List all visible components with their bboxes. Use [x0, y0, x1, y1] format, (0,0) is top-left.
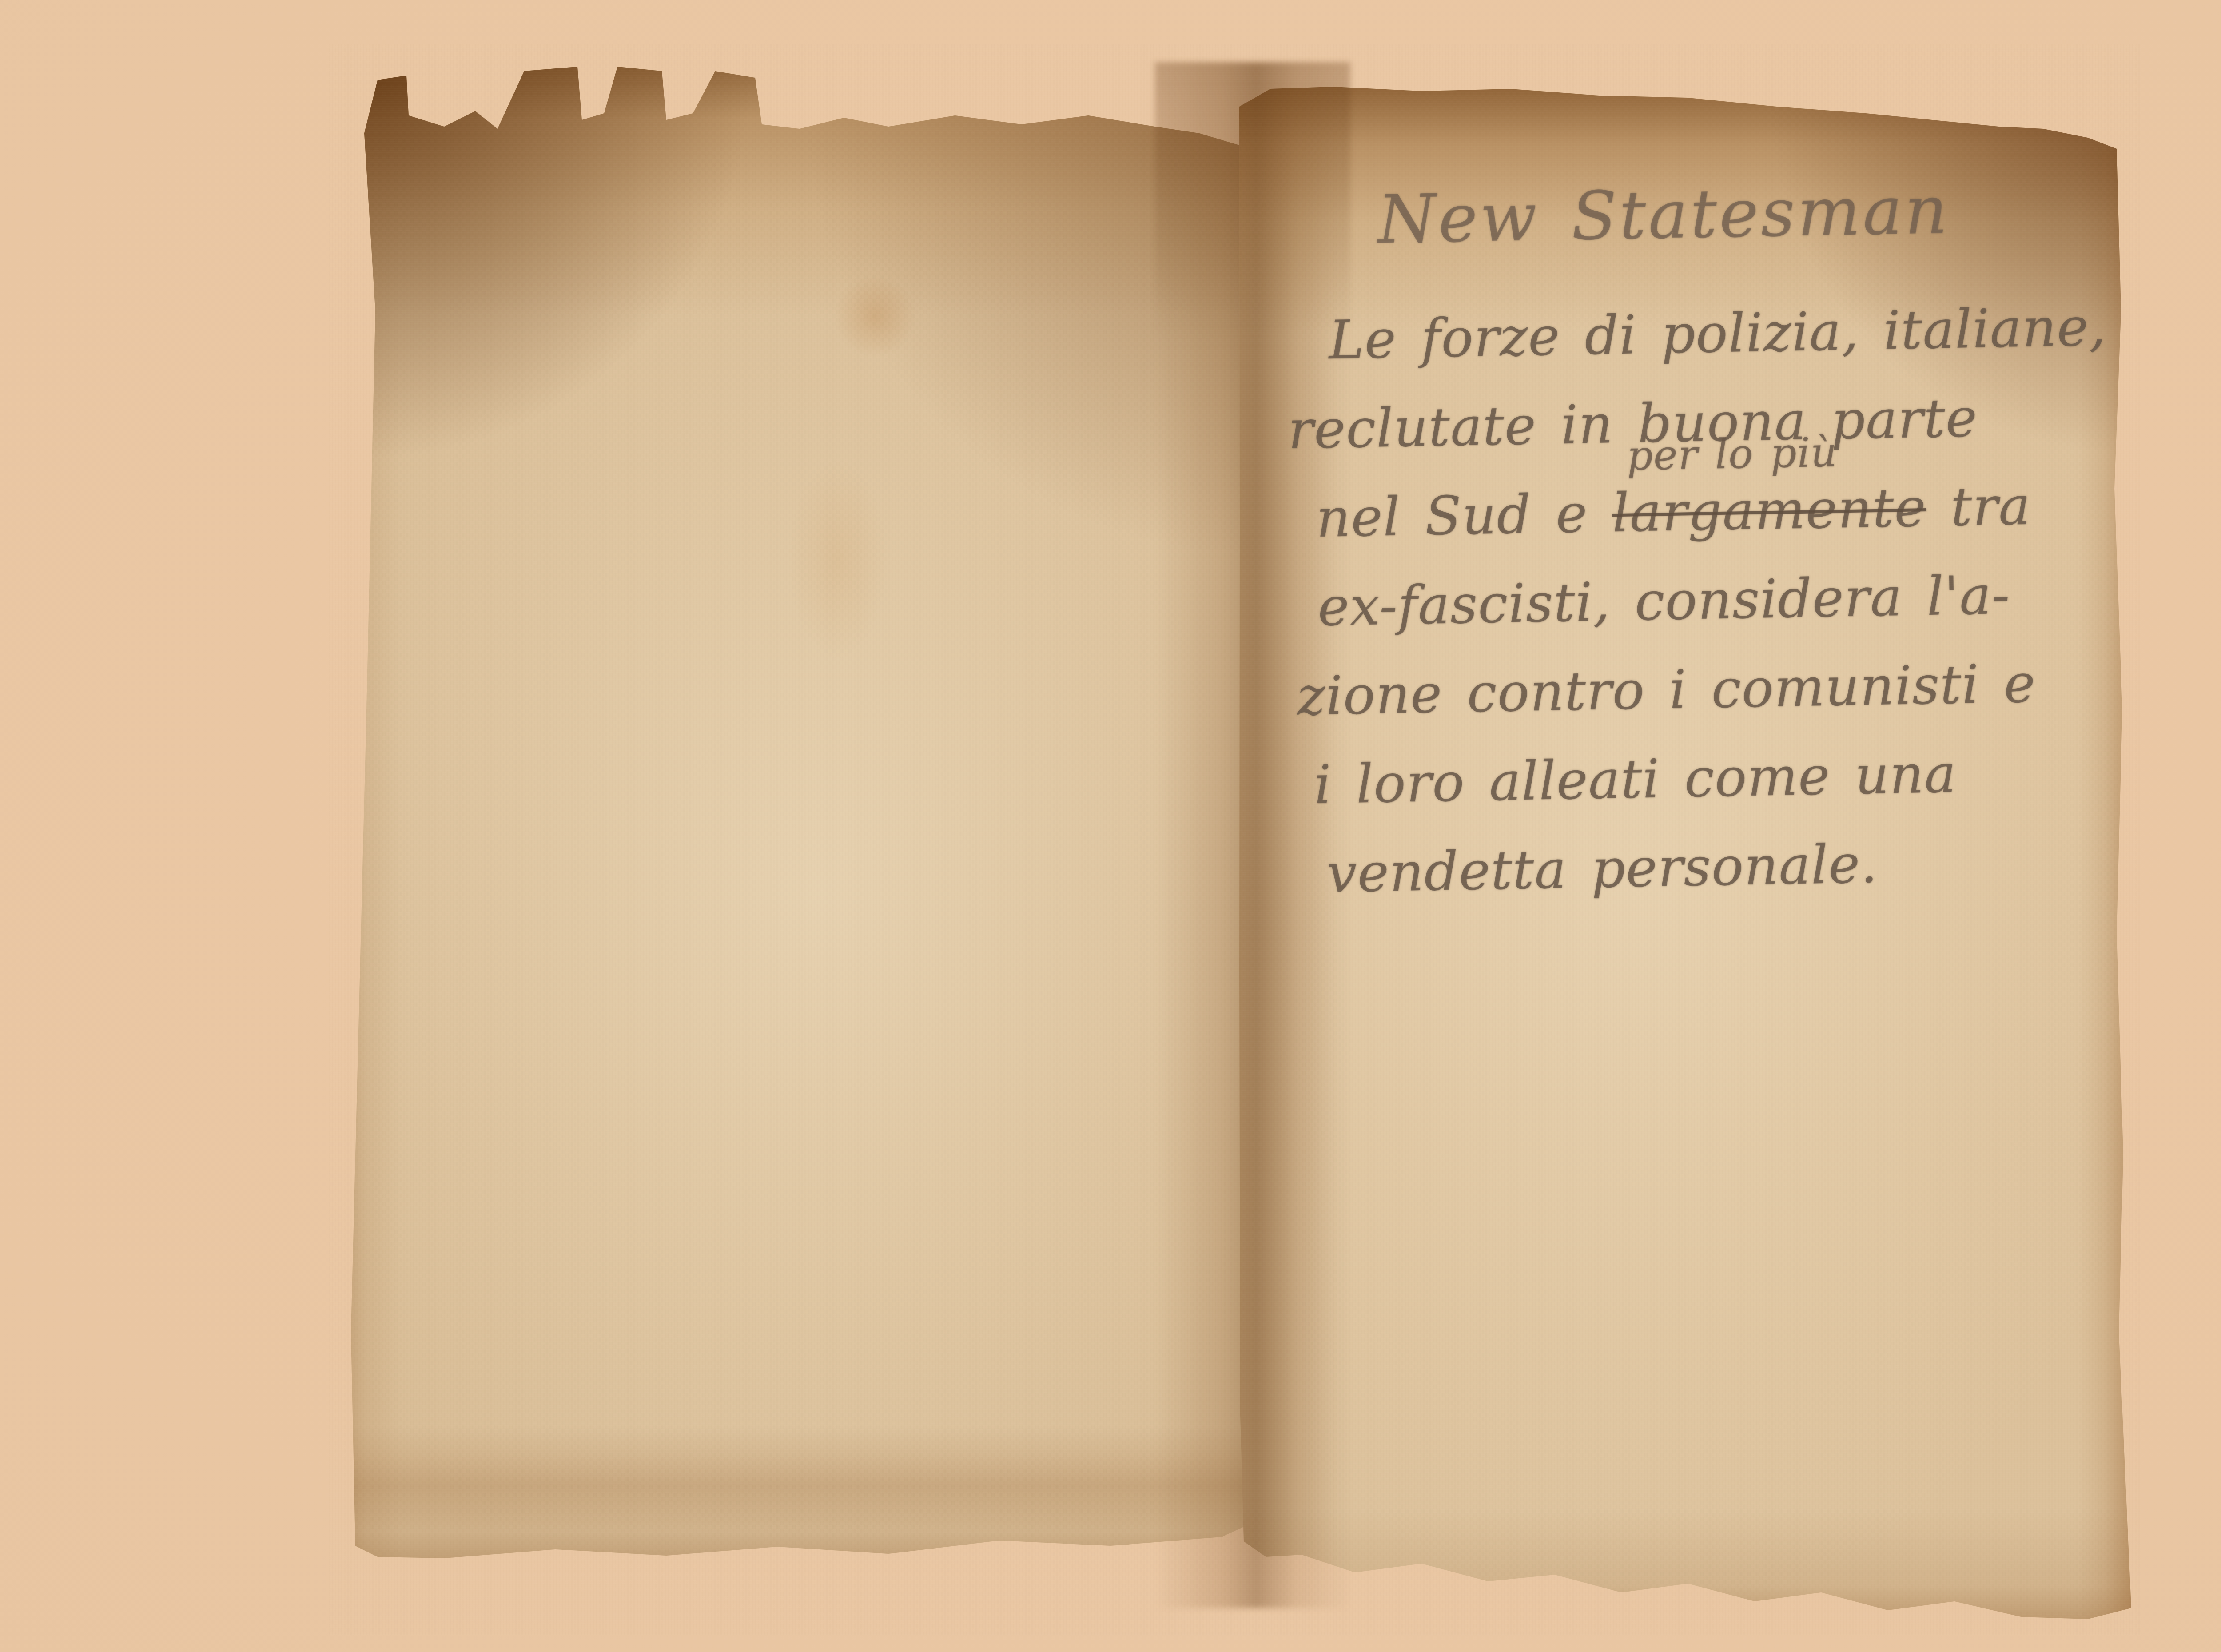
- note-title: New Statesman: [1377, 172, 2155, 255]
- note-line-6: i loro alleati come una: [1313, 726, 2165, 829]
- note-line-7: vendetta personale.: [1326, 815, 2167, 918]
- note-line-3-suffix: tra: [1926, 475, 2031, 538]
- left-page-blank: [338, 58, 1264, 1577]
- strikethrough-word: largamenteper lo più: [1612, 477, 1926, 544]
- note-line-5: zione contro i comunisti e: [1296, 637, 2164, 741]
- photo-of-open-notebook: New Statesman Le forze di polizia, itali…: [0, 0, 2221, 1652]
- inserted-correction: per lo più: [1626, 432, 1838, 476]
- handwritten-note: New Statesman Le forze di polizia, itali…: [1310, 172, 2167, 918]
- note-line-4: ex-fascisti, considera l'a-: [1317, 548, 2162, 652]
- note-line-1: Le forze di polizia, italiane,: [1328, 282, 2157, 385]
- note-line-3: nel Sud e largamenteper lo più tra: [1315, 459, 2161, 563]
- note-line-3-prefix: nel Sud e: [1316, 482, 1613, 549]
- strikethrough-word-text: largamente: [1612, 477, 1926, 544]
